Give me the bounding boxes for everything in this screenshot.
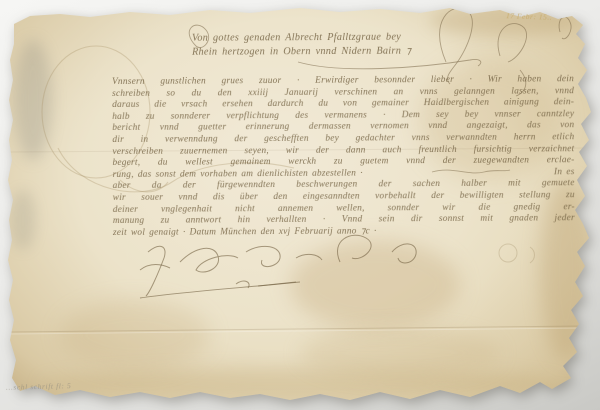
- parchment-sheet: Von gottes genaden Albrecht Pfalltzgraue…: [0, 0, 600, 410]
- gray-smudge: [10, 190, 36, 250]
- gray-smudge: [14, 40, 52, 160]
- archival-date-note: 17 Febr: 15..: [506, 11, 552, 22]
- heading-line: Rhein hertzogen in Obern vnnd Nidern Bai…: [192, 44, 472, 59]
- stain-blot: [60, 300, 210, 370]
- body-closing-line: zeit wol genaigt · Datum München den xvj…: [113, 225, 575, 239]
- manuscript-photo: Von gottes genaden Albrecht Pfalltzgraue…: [0, 0, 600, 410]
- stain-blot: [300, 328, 500, 378]
- parchment-shadow: Von gottes genaden Albrecht Pfalltzgraue…: [0, 0, 600, 410]
- body-line-right: In es: [554, 167, 575, 179]
- letter-body: Vnnsern gunstlichen grues zuuor · Erwird…: [112, 74, 575, 239]
- stain-blot: [40, 368, 560, 400]
- letter-heading: Von gottes genaden Albrecht Pfalltzgraue…: [192, 30, 472, 58]
- stain-blot: [290, 240, 460, 330]
- pencil-shelfmark-note: …schl schrift fl: 5: [6, 381, 72, 392]
- faint-ring-mark: [499, 244, 535, 263]
- signature-paraph-flourish: [140, 235, 416, 298]
